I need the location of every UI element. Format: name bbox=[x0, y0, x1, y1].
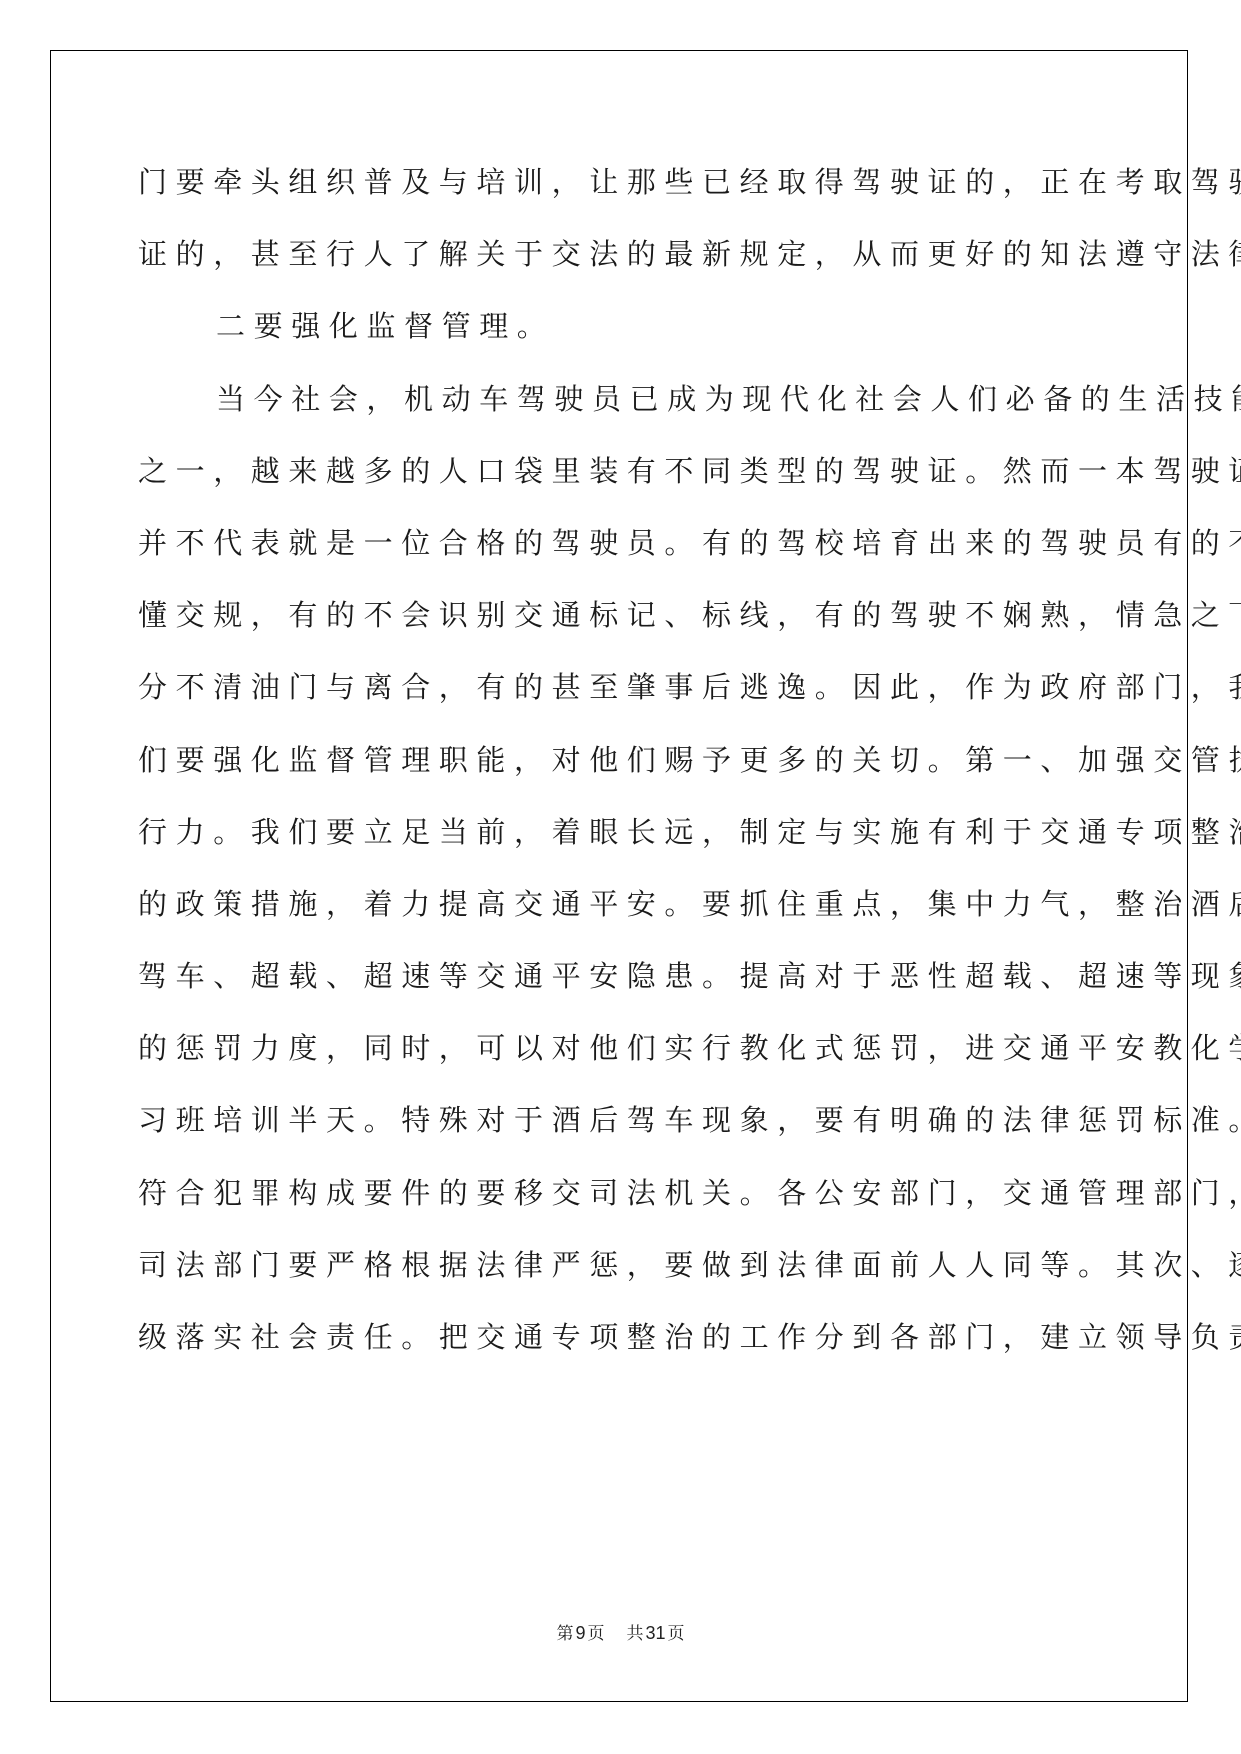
section-heading: 二要强化监督管理。 bbox=[138, 290, 978, 362]
text-line: 之一，越来越多的人口袋里装有不同类型的驾驶证。然而一本驾驶证 bbox=[138, 435, 978, 507]
text-line: 行力。我们要立足当前，着眼长远，制定与实施有利于交通专项整治 bbox=[138, 796, 978, 868]
page-footer: 第9页共31页 bbox=[0, 1619, 1241, 1644]
page-number-suffix: 页 bbox=[587, 1619, 604, 1644]
text-line: 门要牵头组织普及与培训，让那些已经取得驾驶证的，正在考取驾驶 bbox=[138, 146, 978, 218]
text-line: 的政策措施，着力提高交通平安。要抓住重点，集中力气，整治酒后 bbox=[138, 868, 978, 940]
text-line: 习班培训半天。特殊对于酒后驾车现象，要有明确的法律惩罚标准。 bbox=[138, 1084, 978, 1156]
document-body: 门要牵头组织普及与培训，让那些已经取得驾驶证的，正在考取驾驶 证的，甚至行人了解… bbox=[138, 146, 978, 1373]
text-line: 司法部门要严格根据法律严惩，要做到法律面前人人同等。其次、逐 bbox=[138, 1229, 978, 1301]
text-line: 驾车、超载、超速等交通平安隐患。提高对于恶性超载、超速等现象 bbox=[138, 940, 978, 1012]
text-line: 懂交规，有的不会识别交通标记、标线，有的驾驶不娴熟，情急之下 bbox=[138, 579, 978, 651]
total-pages-suffix: 页 bbox=[668, 1619, 685, 1644]
text-line: 分不清油门与离合，有的甚至肇事后逃逸。因此，作为政府部门，我 bbox=[138, 651, 978, 723]
total-pages-number: 31 bbox=[643, 1623, 667, 1644]
total-pages-prefix: 共 bbox=[626, 1619, 643, 1644]
text-line: 当今社会，机动车驾驶员已成为现代化社会人们必备的生活技能 bbox=[138, 363, 978, 435]
text-line: 符合犯罪构成要件的要移交司法机关。各公安部门，交通管理部门， bbox=[138, 1157, 978, 1229]
text-line: 的惩罚力度，同时，可以对他们实行教化式惩罚，进交通平安教化学 bbox=[138, 1012, 978, 1084]
page-number-prefix: 第 bbox=[556, 1619, 573, 1644]
text-line: 级落实社会责任。把交通专项整治的工作分到各部门，建立领导负责 bbox=[138, 1301, 978, 1373]
text-line: 并不代表就是一位合格的驾驶员。有的驾校培育出来的驾驶员有的不 bbox=[138, 507, 978, 579]
text-line: 证的，甚至行人了解关于交法的最新规定，从而更好的知法遵守法律。 bbox=[138, 218, 978, 290]
current-page-number: 9 bbox=[573, 1623, 587, 1644]
text-line: 们要强化监督管理职能，对他们赐予更多的关切。第一、加强交管执 bbox=[138, 724, 978, 796]
